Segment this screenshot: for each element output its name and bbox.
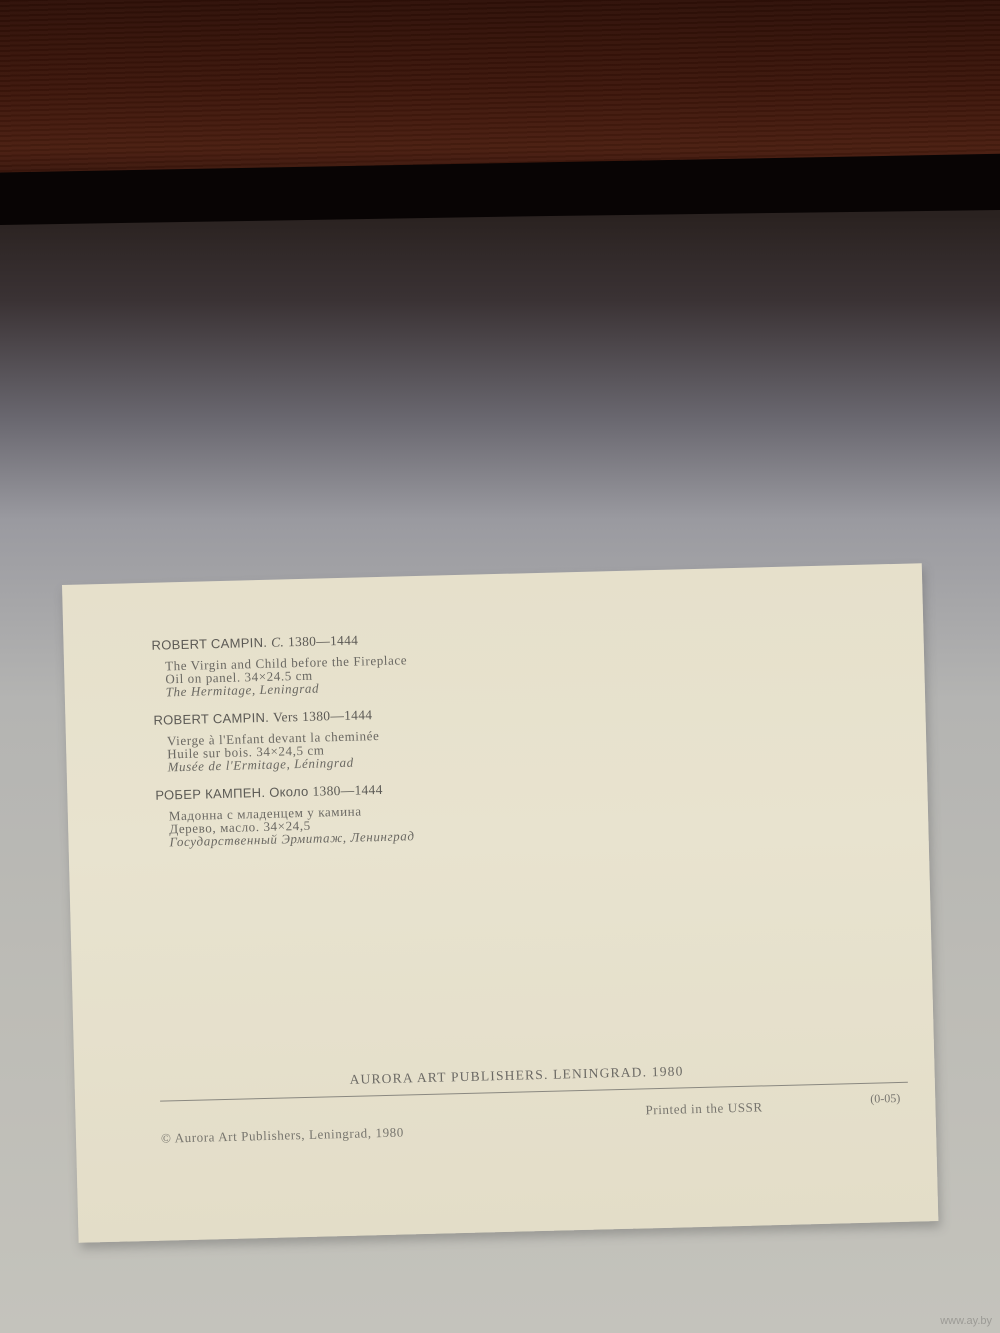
- printed-in: Printed in the USSR: [645, 1099, 763, 1118]
- artist-heading: ROBERT CAMPIN. Vers 1380—1444: [153, 707, 379, 729]
- date-prefix: Vers: [273, 709, 299, 725]
- artist-dates: 1380—1444: [312, 782, 383, 799]
- artist-dates: 1380—1444: [302, 707, 373, 724]
- copyright-line: © Aurora Art Publishers, Leningrad, 1980: [161, 1125, 404, 1147]
- artist-heading: ROBERT CAMPIN. C. 1380—1444: [151, 631, 406, 653]
- divider-rule: [160, 1082, 908, 1102]
- caption-russian: РОБЕР КАМПЕН. Около 1380—1444 Мадонна с …: [155, 781, 415, 849]
- date-prefix: C.: [271, 634, 284, 649]
- site-watermark: www.ay.by: [940, 1315, 992, 1327]
- caption-english: ROBERT CAMPIN. C. 1380—1444 The Virgin a…: [151, 631, 408, 698]
- postcard-back: ROBERT CAMPIN. C. 1380—1444 The Virgin a…: [62, 563, 938, 1243]
- artist-name: РОБЕР КАМПЕН.: [155, 785, 265, 803]
- artist-heading: РОБЕР КАМПЕН. Около 1380—1444: [155, 781, 413, 804]
- date-prefix: Около: [269, 784, 309, 800]
- wooden-surface: [0, 0, 1000, 175]
- caption-french: ROBERT CAMPIN. Vers 1380—1444 Vierge à l…: [153, 707, 380, 774]
- artist-name: ROBERT CAMPIN.: [153, 710, 269, 728]
- catalog-code: (0-05): [870, 1091, 900, 1107]
- artist-dates: 1380—1444: [288, 633, 359, 650]
- publisher-line: AURORA ART PUBLISHERS. LENINGRAD. 1980: [349, 1063, 683, 1087]
- artist-name: ROBERT CAMPIN.: [151, 635, 267, 653]
